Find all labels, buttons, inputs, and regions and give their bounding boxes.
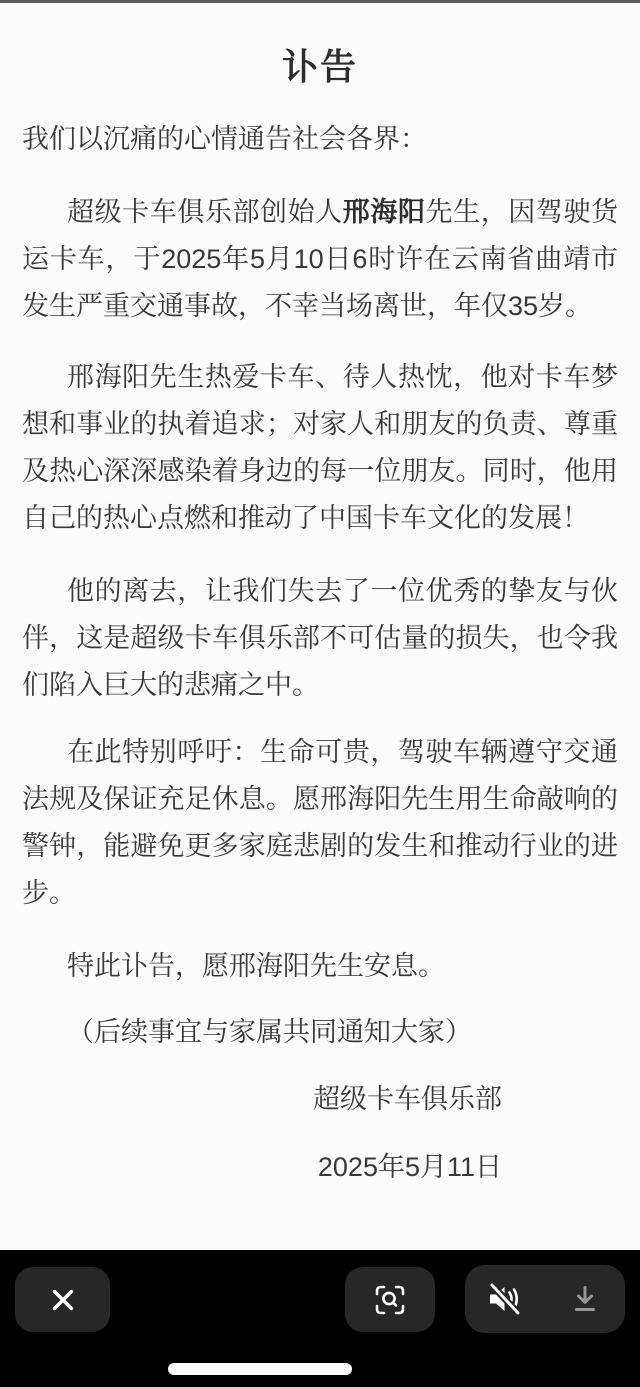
- obituary-paragraph-3: 他的离去，让我们失去了一位优秀的挚友与伙伴，这是超级卡车俱乐部不可估量的损失，也…: [22, 568, 618, 709]
- media-actions-pill: [465, 1265, 625, 1333]
- close-button[interactable]: [15, 1267, 110, 1332]
- obituary-date: 2025年5月11日: [22, 1144, 618, 1191]
- image-viewer-screen: 讣告 我们以沉痛的心情通告社会各界： 超级卡车俱乐部创始人邢海阳先生，因驾驶货运…: [0, 0, 640, 1387]
- paragraph-1-prefix: 超级卡车俱乐部创始人: [67, 197, 343, 227]
- close-icon: [50, 1287, 76, 1313]
- obituary-document-image: 讣告 我们以沉痛的心情通告社会各界： 超级卡车俱乐部创始人邢海阳先生，因驾驶货运…: [0, 3, 640, 1250]
- mute-button[interactable]: [465, 1265, 545, 1333]
- home-indicator[interactable]: [168, 1363, 352, 1375]
- obituary-signature: 超级卡车俱乐部: [22, 1076, 618, 1123]
- download-button[interactable]: [545, 1265, 625, 1333]
- obituary-followup-note: （后续事宜与家属共同通知大家）: [22, 1009, 618, 1056]
- obituary-paragraph-1: 超级卡车俱乐部创始人邢海阳先生，因驾驶货运卡车，于2025年5月10日6时许在云…: [22, 189, 618, 330]
- obituary-paragraph-4: 在此特别呼吁：生命可贵，驾驶车辆遵守交通法规及保证充足休息。愿邢海阳先生用生命敲…: [22, 729, 618, 917]
- obituary-closing-line: 特此讣告，愿邢海阳先生安息。: [22, 943, 618, 990]
- obituary-title: 讣告: [22, 45, 618, 89]
- deceased-name: 邢海阳: [343, 197, 426, 227]
- obituary-intro-line: 我们以沉痛的心情通告社会各界：: [22, 116, 618, 163]
- viewer-toolbar: [0, 1250, 640, 1387]
- image-search-lens-icon: [375, 1285, 405, 1315]
- muted-speaker-icon: [487, 1283, 523, 1315]
- download-icon: [570, 1284, 600, 1314]
- image-search-button[interactable]: [345, 1267, 435, 1332]
- obituary-paragraph-2: 邢海阳先生热爱卡车、待人热忱，他对卡车梦想和事业的执着追求；对家人和朋友的负责、…: [22, 354, 618, 542]
